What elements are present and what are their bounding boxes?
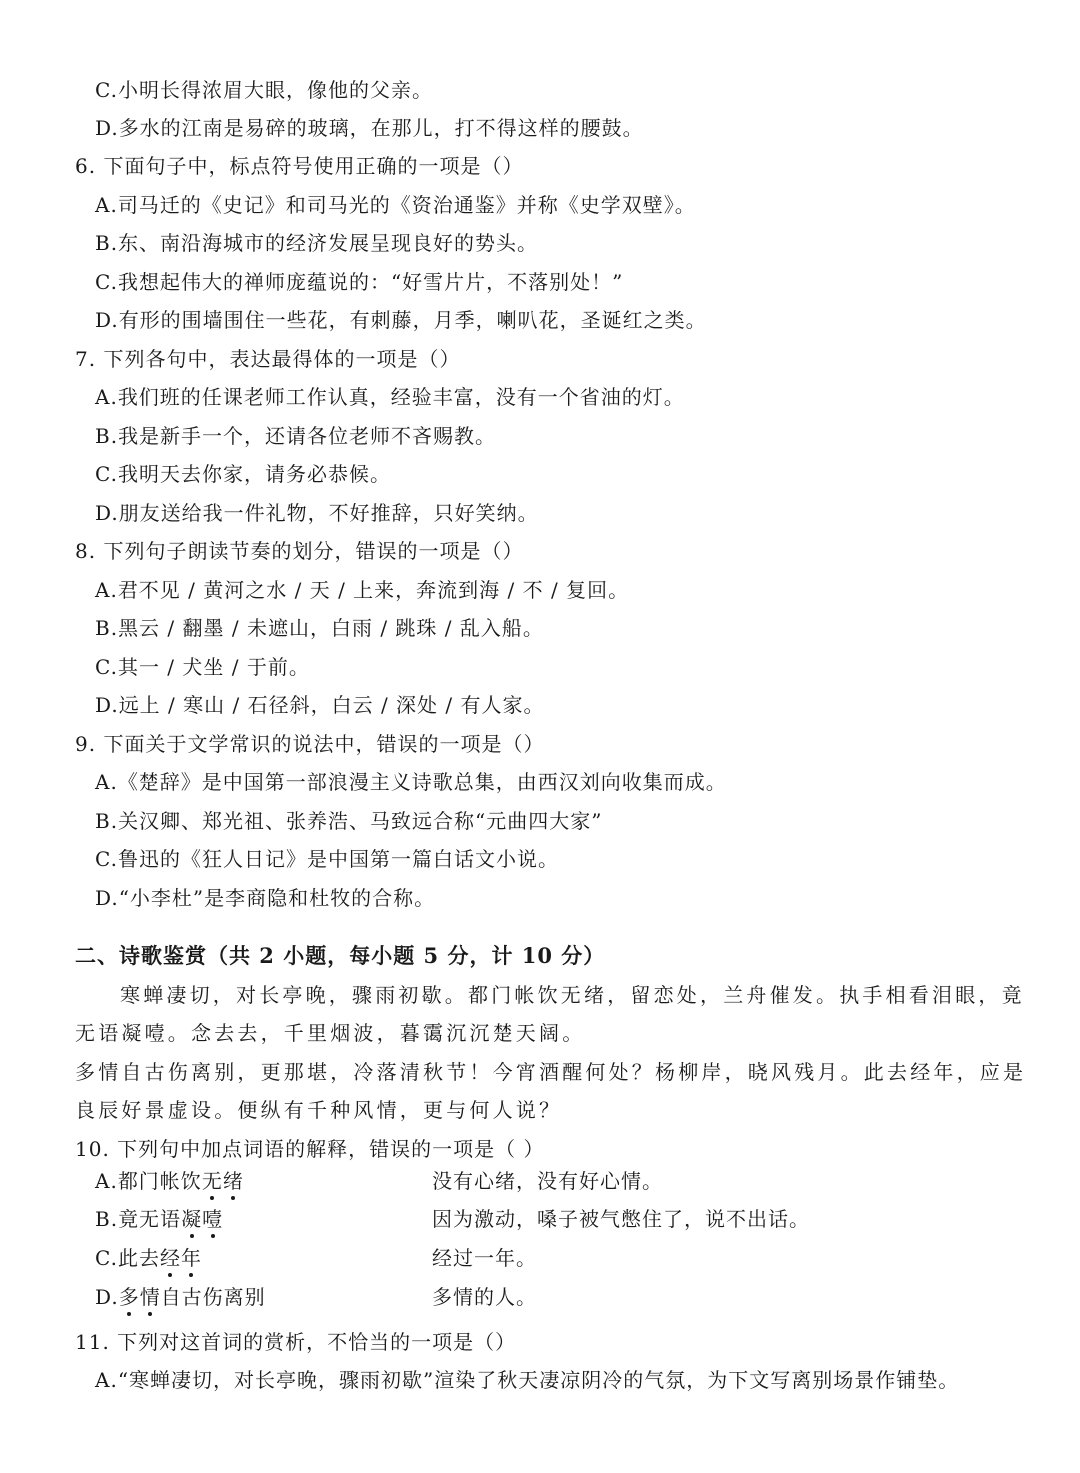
option-label: D. [95, 501, 119, 525]
q8-option-d: D.远上 / 寒山 / 石径斜，白云 / 深处 / 有人家。 [95, 692, 545, 718]
option-label: C. [95, 270, 118, 294]
emphasis-char: 噎 [202, 1206, 223, 1232]
q5-option-d: D.多水的江南是易碎的玻璃，在那儿，打不得这样的腰鼓。 [95, 115, 644, 141]
section-heading: 二、诗歌鉴赏（共 2 小题，每小题 5 分，计 10 分） [75, 943, 605, 969]
q5-option-c: C.小明长得浓眉大眼，像他的父亲。 [95, 77, 433, 103]
q6-option-b: B.东、南沿海城市的经济发展呈现良好的势头。 [95, 230, 538, 256]
q10-explanation-c: 经过一年。 [432, 1245, 537, 1271]
option-label: B. [95, 809, 118, 833]
emphasis-char: 凝 [181, 1206, 202, 1232]
option-label: C. [95, 655, 118, 679]
option-label: A. [95, 385, 118, 409]
q10-explanation-d: 多情的人。 [432, 1284, 537, 1310]
q8-option-c: C.其一 / 犬坐 / 于前。 [95, 654, 310, 680]
q6-option-a: A.司马迁的《史记》和司马光的《资治通鉴》并称《史学双壁》。 [95, 192, 696, 218]
option-label: B. [95, 231, 118, 255]
q7-stem: 7. 下列各句中，表达最得体的一项是（） [75, 346, 460, 372]
q10-explanation-b: 因为激动，嗓子被气憋住了，说不出话。 [432, 1206, 810, 1232]
q11-option-a: A.“寒蝉凄切，对长亭晚，骤雨初歇”渲染了秋天凄凉阴冷的气氛，为下文写离别场景作… [95, 1367, 959, 1393]
poem-line-3: 多情自古伤离别，更那堪，冷落清秋节！今宵酒醒何处？杨柳岸，晓风残月。此去经年，应… [75, 1059, 1026, 1085]
option-text: 司马迁的《史记》和司马光的《资治通鉴》并称《史学双壁》。 [118, 193, 696, 217]
q10-explanation-a: 没有心绪，没有好心情。 [432, 1168, 663, 1194]
poem-line-1: 寒蝉凄切，对长亭晚，骤雨初歇。都门帐饮无绪，留恋处，兰舟催发。执手相看泪眼，竟 [120, 982, 1025, 1008]
option-label: D. [95, 886, 119, 910]
option-label: D. [95, 693, 119, 717]
option-text: 我想起伟大的禅师庞蕴说的：“好雪片片，不落别处！” [118, 270, 623, 294]
poem-line-2: 无语凝噎。念去去，千里烟波，暮霭沉沉楚天阔。 [75, 1020, 585, 1046]
q10-option-d: D.多情自古伤离别 [95, 1284, 266, 1310]
option-label: A. [95, 1169, 118, 1193]
option-text: 关汉卿、郑光祖、张养浩、马致远合称“元曲四大家” [118, 809, 602, 833]
option-text: 朋友送给我一件礼物，不好推辞，只好笑纳。 [119, 501, 539, 525]
option-label: D. [95, 308, 119, 332]
option-label: B. [95, 424, 118, 448]
option-text: 竟无语 [118, 1207, 181, 1231]
option-text: “小李杜”是李商隐和杜牧的合称。 [119, 886, 435, 910]
option-text: 有形的围墙围住一些花，有刺藤，月季，喇叭花，圣诞红之类。 [119, 308, 707, 332]
option-label: B. [95, 1207, 118, 1231]
q7-option-b: B.我是新手一个，还请各位老师不吝赐教。 [95, 423, 496, 449]
option-text: 多水的江南是易碎的玻璃，在那儿，打不得这样的腰鼓。 [119, 116, 644, 140]
q10-stem: 10. 下列句中加点词语的解释，错误的一项是（ ） [75, 1136, 545, 1162]
option-text: 此去 [118, 1246, 160, 1270]
option-text: 我们班的任课老师工作认真，经验丰富，没有一个省油的灯。 [118, 385, 685, 409]
q10-option-a: A.都门帐饮无绪 [95, 1168, 244, 1194]
emphasis-char: 无 [202, 1168, 223, 1194]
option-label: C. [95, 847, 118, 871]
q11-stem: 11. 下列对这首词的赏析，不恰当的一项是（） [75, 1329, 516, 1355]
q9-option-b: B.关汉卿、郑光祖、张养浩、马致远合称“元曲四大家” [95, 808, 603, 834]
q9-option-c: C.鲁迅的《狂人日记》是中国第一篇白话文小说。 [95, 846, 559, 872]
option-text: 小明长得浓眉大眼，像他的父亲。 [118, 78, 433, 102]
option-label: C. [95, 78, 118, 102]
q9-option-d: D.“小李杜”是李商隐和杜牧的合称。 [95, 885, 435, 911]
q8-option-b: B.黑云 / 翻墨 / 未遮山，白雨 / 跳珠 / 乱入船。 [95, 615, 544, 641]
option-text: 君不见 / 黄河之水 / 天 / 上来，奔流到海 / 不 / 复回。 [118, 578, 629, 602]
option-text: “寒蝉凄切，对长亭晚，骤雨初歇”渲染了秋天凄凉阴冷的气氛，为下文写离别场景作铺垫… [118, 1368, 959, 1392]
option-label: A. [95, 770, 118, 794]
option-text: 其一 / 犬坐 / 于前。 [118, 655, 310, 679]
option-text: 都门帐饮 [118, 1169, 202, 1193]
option-text: 远上 / 寒山 / 石径斜，白云 / 深处 / 有人家。 [119, 693, 545, 717]
exam-page: C.小明长得浓眉大眼，像他的父亲。 D.多水的江南是易碎的玻璃，在那儿，打不得这… [0, 0, 1080, 1473]
option-label: D. [95, 116, 119, 140]
poem-line-4: 良辰好景虚设。便纵有千种风情，更与何人说？ [75, 1097, 562, 1123]
option-label: D. [95, 1285, 119, 1309]
q9-option-a: A.《楚辞》是中国第一部浪漫主义诗歌总集，由西汉刘向收集而成。 [95, 769, 727, 795]
q10-option-b: B.竟无语凝噎 [95, 1206, 223, 1232]
option-label: C. [95, 462, 118, 486]
emphasis-char: 多 [119, 1284, 140, 1310]
emphasis-char: 年 [181, 1245, 202, 1271]
q10-option-c: C.此去经年 [95, 1245, 202, 1271]
q7-option-c: C.我明天去你家，请务必恭候。 [95, 461, 391, 487]
emphasis-char: 情 [140, 1284, 161, 1310]
option-text: 《楚辞》是中国第一部浪漫主义诗歌总集，由西汉刘向收集而成。 [118, 770, 727, 794]
option-label: A. [95, 193, 118, 217]
q6-stem: 6. 下面句子中，标点符号使用正确的一项是（） [75, 153, 523, 179]
option-text: 自古伤离别 [161, 1285, 266, 1309]
q7-option-a: A.我们班的任课老师工作认真，经验丰富，没有一个省油的灯。 [95, 384, 685, 410]
option-text: 我是新手一个，还请各位老师不吝赐教。 [118, 424, 496, 448]
emphasis-char: 经 [160, 1245, 181, 1271]
emphasis-char: 绪 [223, 1168, 244, 1194]
q6-option-c: C.我想起伟大的禅师庞蕴说的：“好雪片片，不落别处！” [95, 269, 623, 295]
q9-stem: 9. 下面关于文学常识的说法中，错误的一项是（） [75, 731, 544, 757]
q8-stem: 8. 下列句子朗读节奏的划分，错误的一项是（） [75, 538, 523, 564]
q7-option-d: D.朋友送给我一件礼物，不好推辞，只好笑纳。 [95, 500, 539, 526]
q6-option-d: D.有形的围墙围住一些花，有刺藤，月季，喇叭花，圣诞红之类。 [95, 307, 707, 333]
option-text: 黑云 / 翻墨 / 未遮山，白雨 / 跳珠 / 乱入船。 [118, 616, 544, 640]
option-label: A. [95, 1368, 118, 1392]
option-label: C. [95, 1246, 118, 1270]
option-text: 我明天去你家，请务必恭候。 [118, 462, 391, 486]
option-text: 鲁迅的《狂人日记》是中国第一篇白话文小说。 [118, 847, 559, 871]
q8-option-a: A.君不见 / 黄河之水 / 天 / 上来，奔流到海 / 不 / 复回。 [95, 577, 629, 603]
option-label: A. [95, 578, 118, 602]
option-label: B. [95, 616, 118, 640]
option-text: 东、南沿海城市的经济发展呈现良好的势头。 [118, 231, 538, 255]
